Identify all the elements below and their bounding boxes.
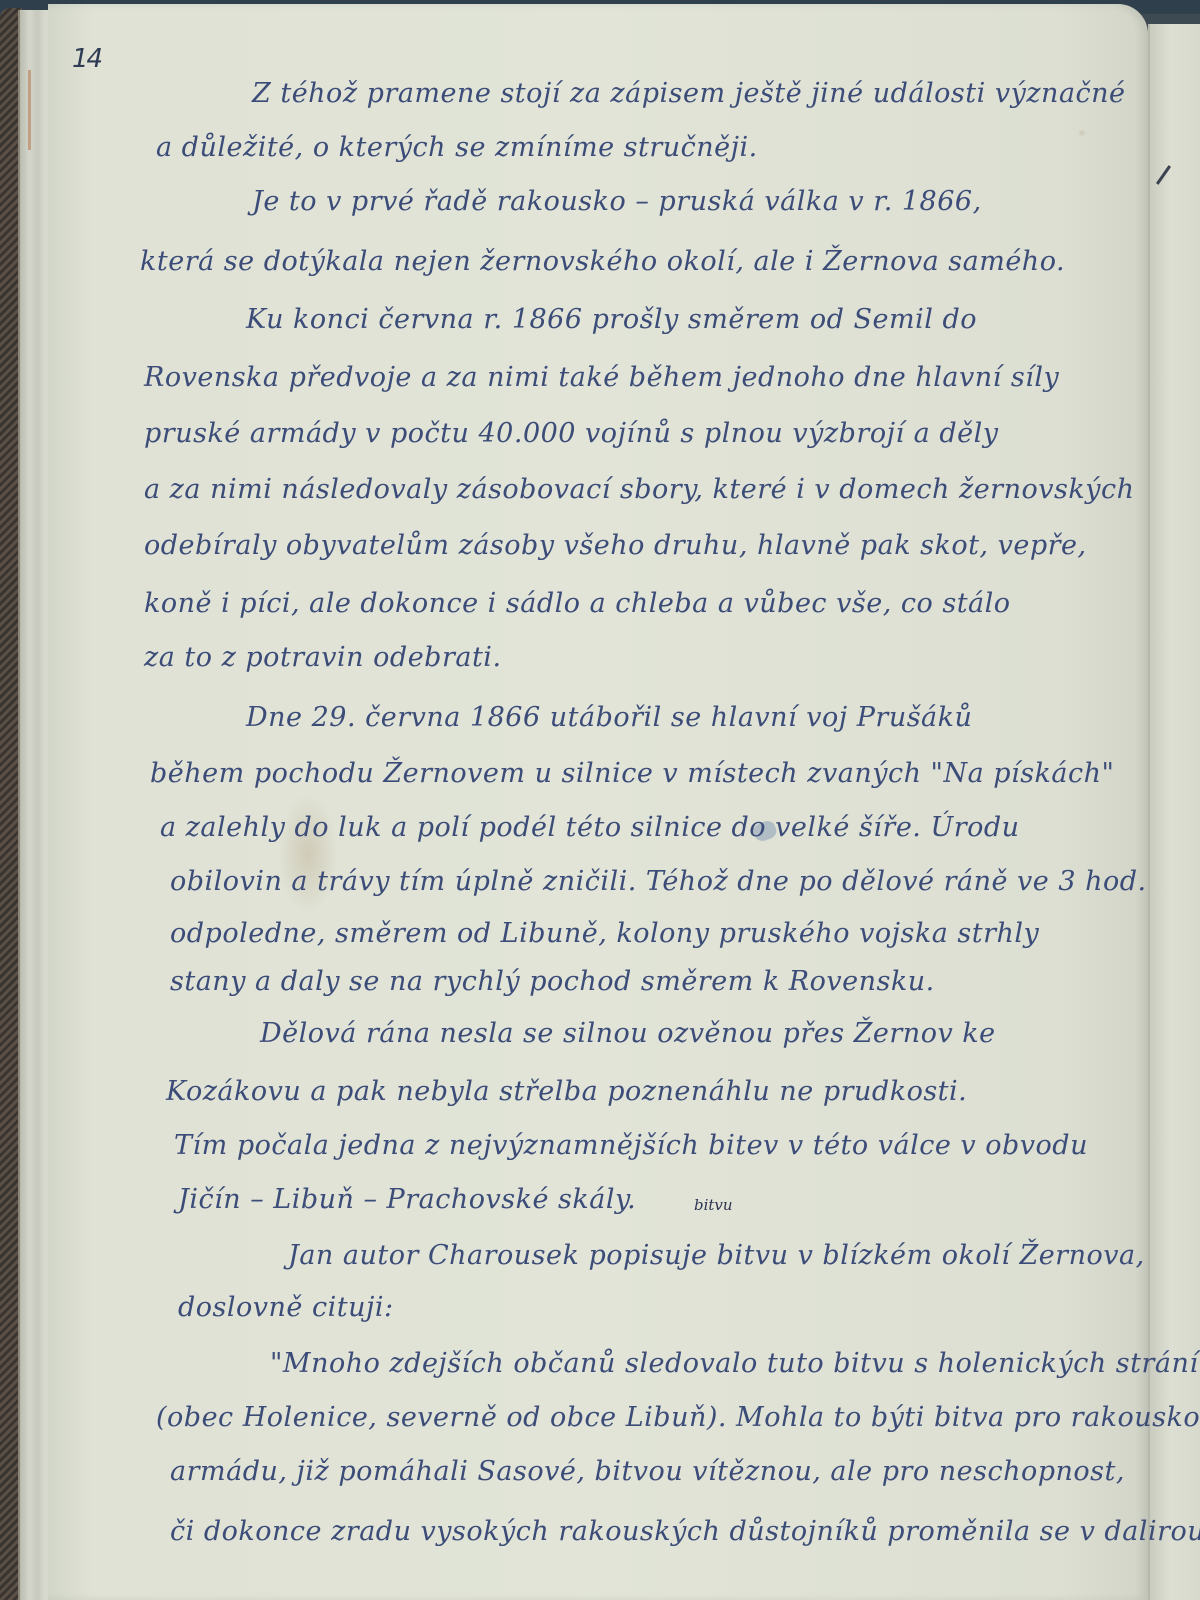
text-line: Kozákovu a pak nebyla střelba poznenáhlu… [166, 1076, 967, 1107]
text-line: Rovenska předvoje a za nimi také během j… [144, 362, 1059, 393]
text-line: Jičín – Libuň – Prachovské skály. [178, 1184, 636, 1215]
handwritten-text: Z téhož pramene stojí za zápisem ještě j… [0, 0, 1200, 1600]
text-line: pruské armády v počtu 40.000 vojínů s pl… [144, 418, 999, 449]
text-line: a důležité, o kterých se zmíníme stručně… [156, 132, 758, 163]
text-line: Je to v prvé řadě rakousko – pruská válk… [252, 186, 982, 217]
text-line: (obec Holenice, severně od obce Libuň). … [156, 1402, 1200, 1433]
text-line: a za nimi následovaly zásobovací sbory, … [144, 474, 1134, 505]
text-line: Ku konci června r. 1866 prošly směrem od… [246, 304, 977, 335]
text-line: armádu, již pomáhali Sasové, bitvou vítě… [170, 1456, 1125, 1487]
text-line: "Mnoho zdejších občanů sledovalo tuto bi… [270, 1348, 1199, 1379]
text-line: Dne 29. června 1866 utábořil se hlavní v… [246, 702, 972, 733]
text-line: a zalehly do luk a polí podél této silni… [160, 812, 1020, 843]
text-line: Dělová rána nesla se silnou ozvěnou přes… [260, 1018, 996, 1049]
text-line: obilovin a trávy tím úplně zničili. Tého… [170, 866, 1147, 897]
text-line: doslovně cituji: [178, 1292, 394, 1323]
text-line: Jan autor Charousek popisuje bitvu v blí… [288, 1240, 1145, 1271]
text-line: která se dotýkala nejen žernovského okol… [140, 246, 1065, 277]
interlinear-insertion: bitvu [694, 1196, 733, 1214]
text-line: během pochodu Žernovem u silnice v míste… [150, 758, 1114, 789]
text-line: za to z potravin odebrati. [144, 642, 502, 673]
text-line: Z téhož pramene stojí za zápisem ještě j… [252, 78, 1126, 109]
text-line: koně i píci, ale dokonce i sádlo a chleb… [144, 588, 1011, 619]
text-line: odpoledne, směrem od Libuně, kolony prus… [170, 918, 1039, 949]
text-line: Tím počala jedna z nejvýznamnějších bite… [174, 1130, 1088, 1161]
text-line: stany a daly se na rychlý pochod směrem … [170, 966, 935, 997]
text-line: odebíraly obyvatelům zásoby všeho druhu,… [144, 530, 1087, 561]
text-line: či dokonce zradu vysokých rakouských důs… [170, 1516, 1200, 1547]
